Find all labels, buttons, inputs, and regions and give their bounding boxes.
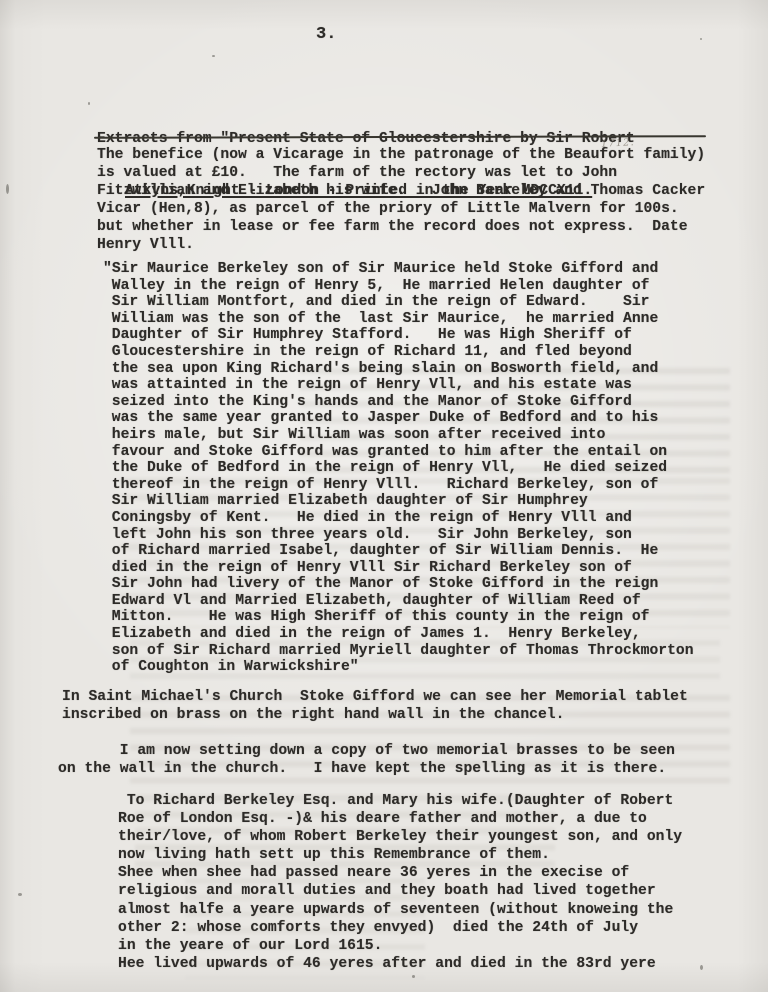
- text-line: thereof in the reign of Henry Vlll. Rich…: [103, 477, 694, 494]
- text-line: on the wall in the church. I have kept t…: [58, 760, 675, 778]
- text-line: in the yeare of our Lord 1615.: [118, 937, 682, 955]
- text-line: Elizabeth and died in the reign of James…: [103, 626, 694, 643]
- text-line: Daughter of Sir Humphrey Stafford. He wa…: [103, 327, 694, 344]
- text-line: Roe of London Esq. -)& his deare father …: [118, 810, 682, 828]
- text-line: seized into the King's hands and the Man…: [103, 394, 694, 411]
- text-line: Coningsby of Kent. He died in the reign …: [103, 510, 694, 527]
- text-line: Fitzwilliam and Elizabeth his wife. John…: [97, 182, 705, 200]
- text-line: Shee when shee had passed neare 36 yeres…: [118, 864, 682, 882]
- text-line: inscribed on brass on the right hand wal…: [62, 706, 688, 724]
- ink-speck: [88, 102, 90, 105]
- text-line: Henry Vlll.: [97, 236, 705, 254]
- text-line: Sir William married Elizabeth daughter o…: [103, 493, 694, 510]
- text-line: I am now setting down a copy of two memo…: [58, 742, 675, 760]
- copy-note-paragraph: I am now setting down a copy of two memo…: [58, 742, 675, 778]
- text-line: Sir John had livery of the Manor of Stok…: [103, 576, 694, 593]
- text-line: son of Sir Richard married Myriell daugh…: [103, 643, 694, 660]
- text-line: The benefice (now a Vicarage in the patr…: [97, 146, 705, 164]
- text-line: heirs male, but Sir William was soon aft…: [103, 427, 694, 444]
- text-line: died in the reign of Henry Vlll Sir Rich…: [103, 560, 694, 577]
- ink-speck: [700, 965, 703, 970]
- ink-speck: [18, 893, 22, 896]
- text-line: left John his son three years old. Sir J…: [103, 527, 694, 544]
- text-line: the Duke of Bedford in the reign of Henr…: [103, 460, 694, 477]
- text-line: Hee lived upwards of 46 yeres after and …: [118, 955, 682, 973]
- text-line: of Richard married Isabel, daughter of S…: [103, 543, 694, 560]
- text-line: Gloucestershire in the reign of Richard …: [103, 344, 694, 361]
- text-line: William was the son of the last Sir Maur…: [103, 311, 694, 328]
- memorial-tablet-paragraph: In Saint Michael's Church Stoke Gifford …: [62, 688, 688, 724]
- text-line: almost halfe a yeare upwards of seventee…: [118, 901, 682, 919]
- text-line: Edward Vl and Married Elizabeth, daughte…: [103, 593, 694, 610]
- text-line: Walley in the reign of Henry 5, He marri…: [103, 278, 694, 295]
- text-line: other 2: whose comforts they envyed) die…: [118, 919, 682, 937]
- text-line: their/love, of whom Robert Berkeley thei…: [118, 828, 682, 846]
- text-line: Mitton. He was High Sheriff of this coun…: [103, 609, 694, 626]
- text-line: now living hath sett up this Remembrance…: [118, 846, 682, 864]
- text-line: Sir William Montfort, and died in the re…: [103, 294, 694, 311]
- text-line: is valued at £10. The farm of the rector…: [97, 164, 705, 182]
- ink-speck: [212, 55, 215, 57]
- ink-speck: [700, 38, 702, 40]
- text-line: religious and morall duties and they boa…: [118, 882, 682, 900]
- ink-speck: [6, 184, 9, 194]
- text-line: was attainted in the reign of Henry Vll,…: [103, 377, 694, 394]
- text-line: of Coughton in Warwickshire": [103, 659, 694, 676]
- text-line: but whether in lease or fee farm the rec…: [97, 218, 705, 236]
- page-number: 3.: [316, 25, 336, 44]
- scanned-document-page: 3. Extracts from "Present State of Glouc…: [0, 0, 768, 992]
- text-line: In Saint Michael's Church Stoke Gifford …: [62, 688, 688, 706]
- ink-speck: [412, 975, 415, 978]
- memorial-brass-transcription: To Richard Berkeley Esq. and Mary his wi…: [118, 792, 682, 973]
- text-line: was the same year granted to Jasper Duke…: [103, 410, 694, 427]
- text-line: To Richard Berkeley Esq. and Mary his wi…: [118, 792, 682, 810]
- quoted-extract-paragraph: "Sir Maurice Berkeley son of Sir Maurice…: [103, 261, 694, 676]
- text-line: favour and Stoke Gifford was granted to …: [103, 444, 694, 461]
- intro-paragraph: The benefice (now a Vicarage in the patr…: [97, 146, 705, 255]
- text-line: "Sir Maurice Berkeley son of Sir Maurice…: [103, 261, 694, 278]
- text-line: Vicar (Hen,8), as parcel of the priory o…: [97, 200, 705, 218]
- text-line: the sea upon King Richard's being slain …: [103, 361, 694, 378]
